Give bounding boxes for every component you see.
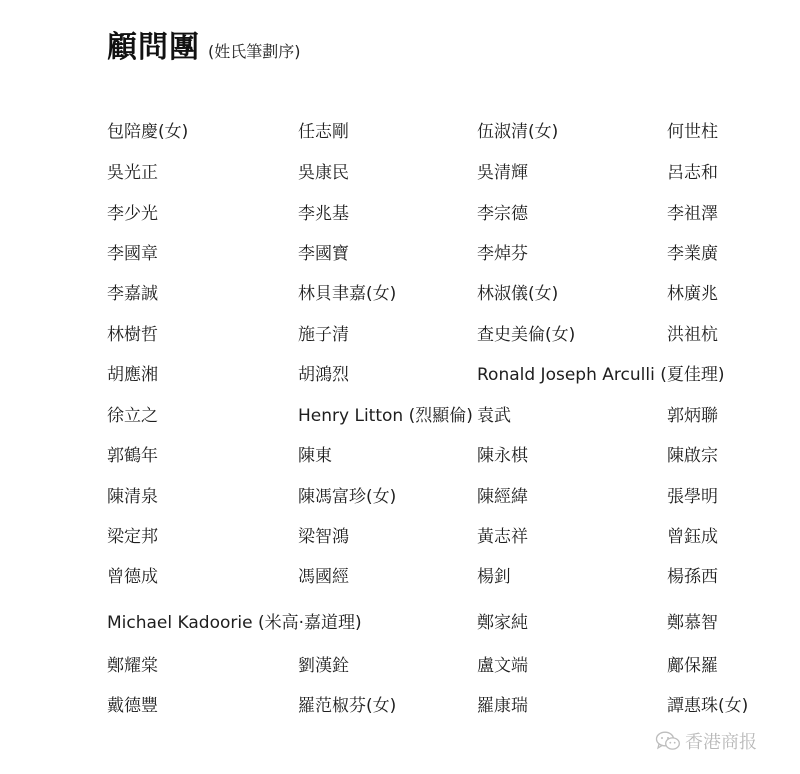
advisor-name: 任志剛 bbox=[298, 122, 349, 142]
advisor-name: 鄺保羅 bbox=[667, 656, 718, 676]
advisor-name: 梁智鴻 bbox=[298, 527, 349, 547]
advisor-name: 林樹哲 bbox=[107, 325, 158, 345]
advisor-name: 呂志和 bbox=[667, 163, 718, 183]
advisor-name: 陳經緯 bbox=[477, 487, 528, 507]
advisor-name: 吳清輝 bbox=[477, 163, 528, 183]
advisor-name: 陳清泉 bbox=[107, 487, 158, 507]
advisor-name: 戴德豐 bbox=[107, 696, 158, 716]
advisor-name: 李宗德 bbox=[477, 204, 528, 224]
advisor-name: 何世柱 bbox=[667, 122, 718, 142]
advisor-name: 李兆基 bbox=[298, 204, 349, 224]
advisor-name: 郭鶴年 bbox=[107, 446, 158, 466]
advisor-name: 徐立之 bbox=[107, 406, 158, 426]
wechat-icon bbox=[655, 731, 681, 751]
advisor-name: 胡應湘 bbox=[107, 365, 158, 385]
advisor-name: 林廣兆 bbox=[667, 284, 718, 304]
advisor-name: 劉漢銓 bbox=[298, 656, 349, 676]
advisor-name: 袁武 bbox=[477, 406, 511, 426]
advisor-name: 羅康瑞 bbox=[477, 696, 528, 716]
advisor-name: 黃志祥 bbox=[477, 527, 528, 547]
advisor-name: 陳啟宗 bbox=[667, 446, 718, 466]
advisor-name: 李祖澤 bbox=[667, 204, 718, 224]
advisor-name: 吳康民 bbox=[298, 163, 349, 183]
advisor-name: Michael Kadoorie (米高·嘉道理) bbox=[107, 613, 362, 633]
advisor-name: 陳永棋 bbox=[477, 446, 528, 466]
advisor-name: 鄭耀棠 bbox=[107, 656, 158, 676]
advisor-name: 陳馮富珍(女) bbox=[298, 487, 396, 507]
watermark-text: 香港商报 bbox=[685, 728, 757, 754]
page-subtitle: (姓氏筆劃序) bbox=[208, 39, 301, 62]
advisor-name: 陳東 bbox=[298, 446, 332, 466]
advisor-name: 梁定邦 bbox=[107, 527, 158, 547]
header: 顧問團 (姓氏筆劃序) bbox=[107, 22, 301, 66]
advisor-name: 羅范椒芬(女) bbox=[298, 696, 396, 716]
advisor-name: 伍淑清(女) bbox=[477, 122, 558, 142]
advisor-name: 譚惠珠(女) bbox=[667, 696, 748, 716]
advisor-name: 馮國經 bbox=[298, 567, 349, 587]
advisor-name: 鄭慕智 bbox=[667, 613, 718, 633]
advisor-name: 李國寶 bbox=[298, 244, 349, 264]
advisor-name: 張學明 bbox=[667, 487, 718, 507]
advisor-name: 盧文端 bbox=[477, 656, 528, 676]
advisor-name: 李焯芬 bbox=[477, 244, 528, 264]
advisor-name: 李少光 bbox=[107, 204, 158, 224]
page-title: 顧問團 bbox=[107, 22, 200, 66]
advisor-name: Ronald Joseph Arculli (夏佳理) bbox=[477, 365, 724, 385]
advisor-name: 楊釗 bbox=[477, 567, 511, 587]
advisor-name: 鄭家純 bbox=[477, 613, 528, 633]
advisor-name: 李嘉誠 bbox=[107, 284, 158, 304]
advisor-name: 林淑儀(女) bbox=[477, 284, 558, 304]
advisor-name: 吳光正 bbox=[107, 163, 158, 183]
advisor-name: 施子清 bbox=[298, 325, 349, 345]
advisor-name: Henry Litton (烈顯倫) bbox=[298, 406, 473, 426]
advisor-name: 曾德成 bbox=[107, 567, 158, 587]
advisor-name: 查史美倫(女) bbox=[477, 325, 575, 345]
advisor-name: 楊孫西 bbox=[667, 567, 718, 587]
advisor-name: 洪祖杭 bbox=[667, 325, 718, 345]
watermark: 香港商报 bbox=[655, 728, 757, 754]
advisor-name: 包陪慶(女) bbox=[107, 122, 188, 142]
advisor-name: 李國章 bbox=[107, 244, 158, 264]
advisor-name: 郭炳聯 bbox=[667, 406, 718, 426]
advisor-name: 胡鴻烈 bbox=[298, 365, 349, 385]
advisor-name: 曾鈺成 bbox=[667, 527, 718, 547]
advisor-name: 林貝聿嘉(女) bbox=[298, 284, 396, 304]
advisor-name: 李業廣 bbox=[667, 244, 718, 264]
